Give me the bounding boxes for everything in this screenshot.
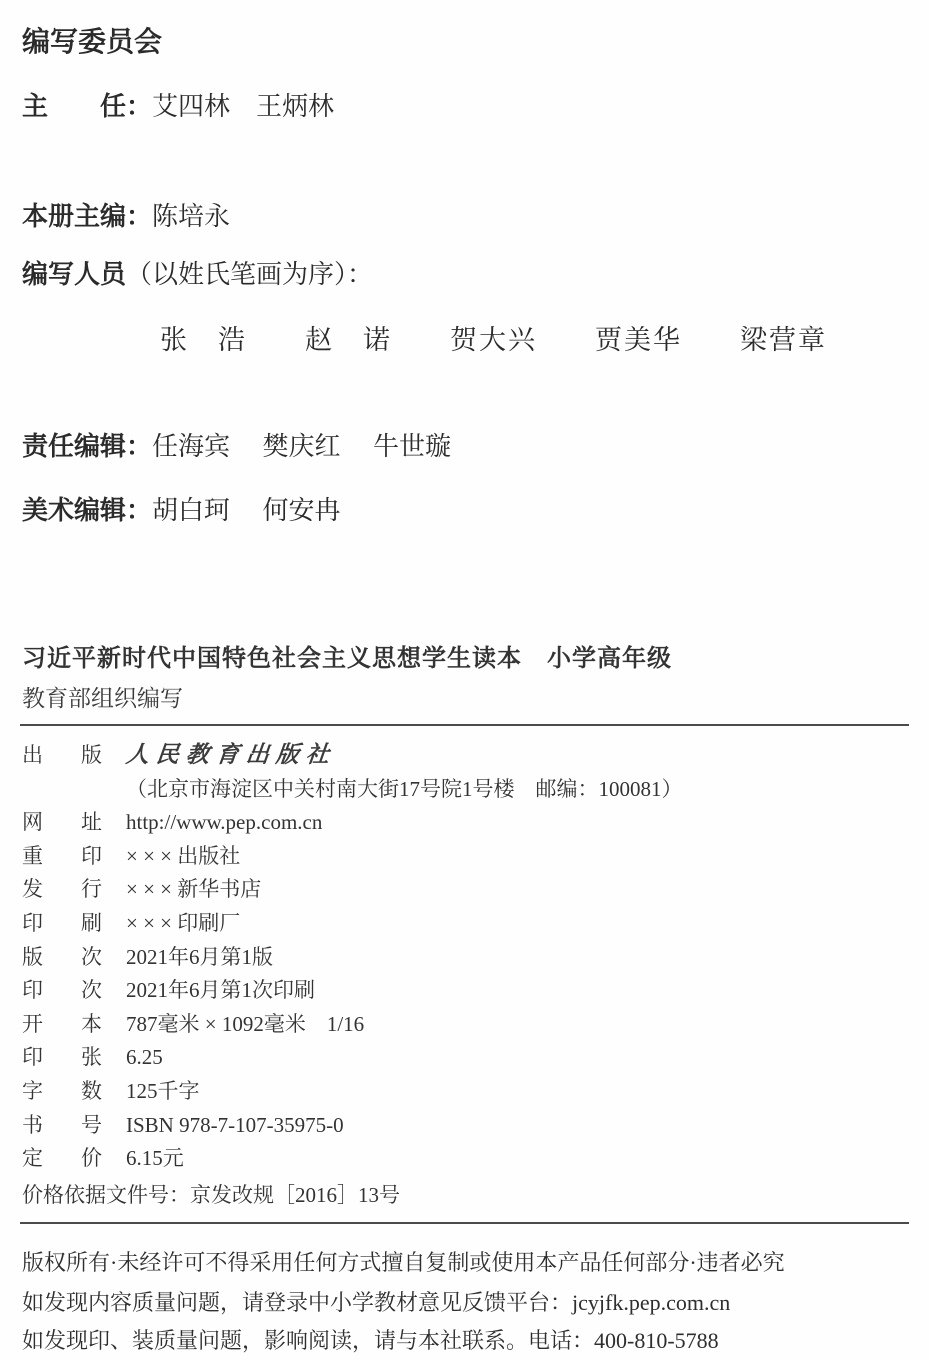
printing-value: × × × 印刷厂 bbox=[126, 910, 240, 936]
pub-row-price: 定价 6.15元 bbox=[22, 1145, 184, 1179]
pub-label-char: 印 bbox=[22, 977, 43, 1003]
pub-row-edition: 版次 2021年6月第1版 bbox=[22, 944, 273, 978]
pub-label-char: 次 bbox=[81, 977, 102, 1003]
impression-value: 2021年6月第1次印刷 bbox=[126, 977, 315, 1003]
writers-note: （以姓氏笔画为序）： bbox=[126, 260, 373, 289]
pub-label-char: 网 bbox=[22, 809, 43, 835]
book-organizer: 教育部组织编写 bbox=[22, 680, 183, 713]
wordcount-value: 125千字 bbox=[126, 1078, 200, 1104]
pub-row-sheets: 印张 6.25 bbox=[22, 1044, 163, 1078]
divider-bottom bbox=[20, 1222, 909, 1224]
edition-value: 2021年6月第1版 bbox=[126, 944, 273, 970]
pub-label-char: 发 bbox=[22, 876, 43, 902]
director-names: 艾四林 王炳林 bbox=[152, 92, 334, 121]
print-quality-notice: 如发现印、装质量问题，影响阅读，请与本社联系。电话：400-810-5788 bbox=[22, 1324, 719, 1355]
pub-label-char: 版 bbox=[81, 742, 102, 768]
pub-label-char: 重 bbox=[22, 843, 43, 869]
pub-label-char: 次 bbox=[81, 944, 102, 970]
sheets-value: 6.25 bbox=[126, 1044, 163, 1070]
art-editor-label: 美术编辑： bbox=[22, 495, 152, 525]
pub-label-char: 刷 bbox=[81, 910, 102, 936]
price-value: 6.15元 bbox=[126, 1145, 184, 1171]
art-editor-row: 美术编辑：胡白珂 何安冉 bbox=[22, 490, 341, 527]
pub-label-char: 书 bbox=[22, 1112, 43, 1138]
pub-label-char: 价 bbox=[81, 1145, 102, 1171]
book-title: 习近平新时代中国特色社会主义思想学生读本 小学高年级 bbox=[22, 638, 672, 673]
format-value: 787毫米 × 1092毫米 1/16 bbox=[126, 1011, 364, 1037]
pub-row-impression: 印次 2021年6月第1次印刷 bbox=[22, 977, 315, 1011]
pub-label-char: 字 bbox=[22, 1078, 43, 1104]
content-quality-notice: 如发现内容质量问题，请登录中小学教材意见反馈平台：jcyjfk.pep.com.… bbox=[22, 1286, 730, 1317]
writers-label: 编写人员 bbox=[22, 259, 126, 289]
pub-row-reprint: 重印 × × × 出版社 bbox=[22, 843, 240, 877]
volume-editor-row: 本册主编：陈培永 bbox=[22, 196, 230, 233]
pub-row-isbn: 书号 ISBN 978-7-107-35975-0 bbox=[22, 1112, 344, 1146]
pub-row-wordcount: 字数 125千字 bbox=[22, 1078, 200, 1112]
pub-label-char: 号 bbox=[81, 1112, 102, 1138]
pub-label-char: 数 bbox=[81, 1078, 102, 1104]
pub-label-char: 版 bbox=[22, 944, 43, 970]
pub-label-char: 出 bbox=[22, 742, 43, 768]
responsible-editor-names: 任海宾 樊庆红 牛世璇 bbox=[152, 432, 451, 461]
pub-row-distribution: 发行 × × × 新华书店 bbox=[22, 876, 261, 910]
pub-row-address: （北京市海淀区中关村南大街17号院1号楼 邮编：100081） bbox=[22, 776, 683, 810]
volume-editor-label: 本册主编： bbox=[22, 201, 152, 231]
pub-label-char: 张 bbox=[81, 1044, 102, 1070]
pub-label-char: 本 bbox=[81, 1011, 102, 1037]
pub-row-format: 开本 787毫米 × 1092毫米 1/16 bbox=[22, 1011, 364, 1045]
responsible-editor-row: 责任编辑：任海宾 樊庆红 牛世璇 bbox=[22, 426, 451, 463]
writer-names: 张 浩 赵 诺 贺大兴 贾美华 梁营章 bbox=[160, 318, 827, 357]
reprint-value: × × × 出版社 bbox=[126, 843, 240, 869]
price-basis-note: 价格依据文件号：京发改规［2016］13号 bbox=[22, 1179, 400, 1209]
pub-label-char: 印 bbox=[22, 1044, 43, 1070]
copyright-page: 编写委员会 主 任：艾四林 王炳林 本册主编：陈培永 编写人员（以姓氏笔画为序）… bbox=[0, 0, 929, 1360]
art-editor-names: 胡白珂 何安冉 bbox=[152, 496, 341, 525]
publisher-address: （北京市海淀区中关村南大街17号院1号楼 邮编：100081） bbox=[126, 776, 683, 802]
committee-heading: 编写委员会 bbox=[22, 26, 162, 58]
publisher-logo-text: 人民教育出版社 bbox=[125, 742, 338, 768]
pub-row-printing: 印刷 × × × 印刷厂 bbox=[22, 910, 240, 944]
divider-top bbox=[20, 724, 909, 726]
writers-row: 编写人员（以姓氏笔画为序）： bbox=[22, 254, 373, 291]
pub-label-char: 定 bbox=[22, 1145, 43, 1171]
pub-label-char: 印 bbox=[22, 910, 43, 936]
responsible-editor-label: 责任编辑： bbox=[22, 431, 152, 461]
distribution-value: × × × 新华书店 bbox=[126, 876, 261, 902]
director-row: 主 任：艾四林 王炳林 bbox=[22, 86, 334, 123]
copyright-notice: 版权所有·未经许可不得采用任何方式擅自复制或使用本产品任何部分·违者必究 bbox=[22, 1246, 785, 1277]
pub-row-website: 网址 http://www.pep.com.cn bbox=[22, 809, 322, 843]
isbn-value: ISBN 978-7-107-35975-0 bbox=[126, 1112, 344, 1138]
pub-label-char: 行 bbox=[81, 876, 102, 902]
volume-editor-name: 陈培永 bbox=[152, 202, 230, 231]
pub-label-char: 址 bbox=[81, 809, 102, 835]
pub-row-publisher: 出版 人民教育出版社 bbox=[22, 742, 336, 776]
pub-label-char: 印 bbox=[81, 843, 102, 869]
director-label: 主 任： bbox=[22, 91, 152, 121]
pub-label-char: 开 bbox=[22, 1011, 43, 1037]
publisher-website: http://www.pep.com.cn bbox=[126, 809, 322, 835]
